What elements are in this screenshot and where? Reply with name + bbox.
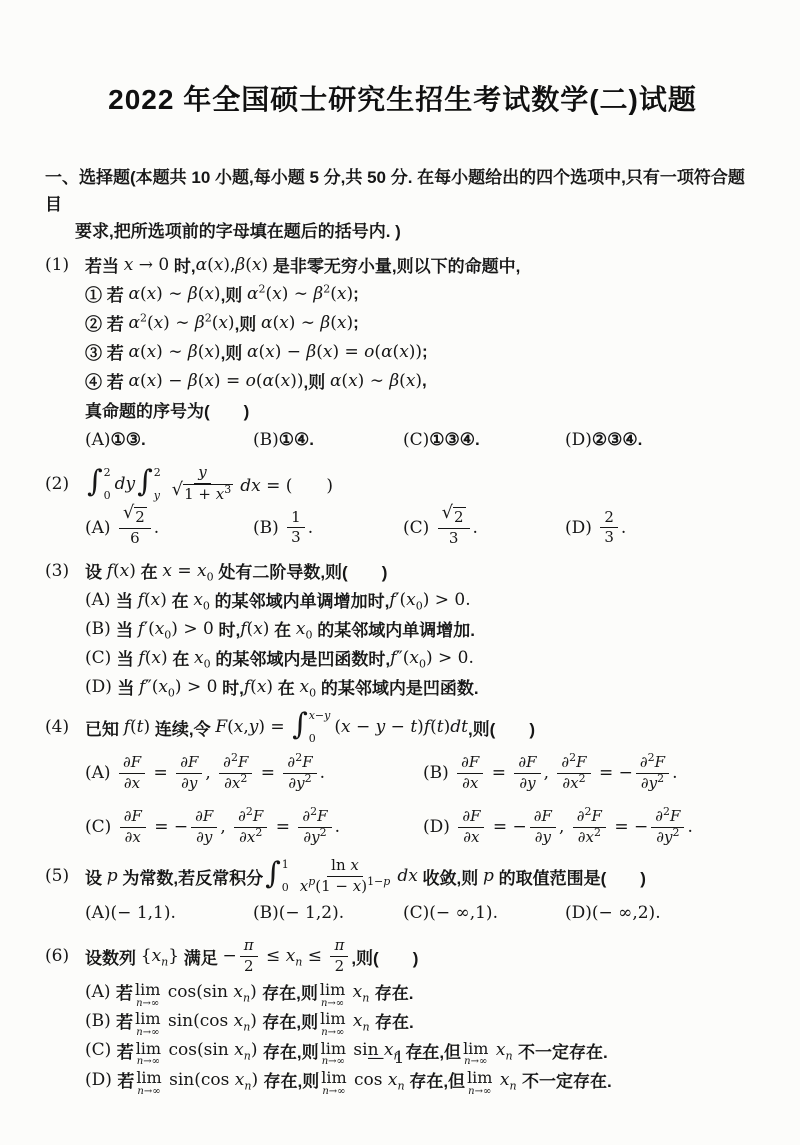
page-number: — 1 —: [0, 1048, 800, 1068]
fraction: 13: [287, 508, 305, 548]
option-item: (A) √26.: [85, 507, 253, 548]
question-number: (6): [45, 946, 85, 966]
questions-container: (1)若当 x → 0 时,α(x),β(x) 是非零无穷小量,则以下的命题中,…: [45, 251, 760, 1093]
question-stem: (6)设数列 {xn} 满足 −π2 ≤ xn ≤ π2,则( ): [45, 936, 760, 976]
question-line: ① 若 α(x) ∼ β(x),则 α2(x) ∼ β2(x);: [45, 280, 760, 307]
question-line: 真命题的序号为( ): [45, 396, 760, 423]
fraction: ∂2F∂x2: [557, 753, 590, 793]
options-row: (A) ∂F∂x = ∂F∂y, ∂2F∂x2 = ∂2F∂y2.(B) ∂F∂…: [45, 753, 760, 847]
section-header-line2: 要求,把所选项前的字母填在题后的括号内. ): [45, 218, 760, 245]
question-stem: (1)若当 x → 0 时,α(x),β(x) 是非零无穷小量,则以下的命题中,: [45, 251, 760, 278]
fraction: ∂2F∂x2: [234, 807, 267, 847]
question-stem: (5)设 p 为常数,若反常积分∫10ln xxp(1 − x)1−pdx 收敛…: [45, 856, 760, 896]
option-item: (A)①③.: [85, 430, 253, 450]
fraction: ∂F∂x: [120, 807, 146, 847]
fraction: π2: [330, 936, 348, 976]
question-3: (3)设 f(x) 在 x = x0 处有二阶导数,则( )(A) 当 f(x)…: [45, 557, 760, 700]
fraction: ∂F∂x: [457, 753, 483, 793]
limit-operator: limn→∞: [320, 982, 345, 1009]
exam-page: 2022 年全国硕士研究生招生考试数学(二)试题 一、选择题(本题共 10 小题…: [0, 0, 800, 1093]
fraction: ∂2F∂y2: [636, 753, 669, 793]
fraction: ∂2F∂y2: [298, 807, 331, 847]
option-item: (C)(− ∞,1).: [403, 903, 565, 923]
option-item: (C) ∂F∂x = −∂F∂y, ∂2F∂x2 = ∂2F∂y2.: [85, 807, 423, 847]
question-number: (1): [45, 255, 85, 275]
option-item: (B) 13.: [253, 508, 403, 548]
question-stem: (2)∫20dy∫2yy√1 + x3dx = ( ): [45, 463, 760, 504]
fraction: ln xxp(1 − x)1−p: [296, 856, 395, 896]
fraction: ∂F∂y: [530, 807, 556, 847]
limit-operator: limn→∞: [135, 982, 160, 1009]
square-root: √2: [442, 507, 466, 528]
limit-operator: limn→∞: [135, 1011, 160, 1038]
fraction: π2: [240, 936, 258, 976]
option-item: (B)(− 1,2).: [253, 903, 403, 923]
options-row: (A)(− 1,1).(B)(− 1,2).(C)(− ∞,1).(D)(− ∞…: [45, 899, 760, 927]
question-line: (C) 当 f(x) 在 x0 的某邻域内是凹函数时,f″(x0) > 0.: [45, 644, 760, 671]
question-line: ② 若 α2(x) ∼ β2(x),则 α(x) ∼ β(x);: [45, 309, 760, 336]
option-item: (C) √23.: [403, 507, 565, 548]
section-header: 一、选择题(本题共 10 小题,每小题 5 分,共 50 分. 在每小题给出的四…: [45, 164, 760, 245]
section-header-line1: 一、选择题(本题共 10 小题,每小题 5 分,共 50 分. 在每小题给出的四…: [45, 164, 760, 218]
fraction: y√1 + x3: [168, 463, 237, 504]
limit-operator: limn→∞: [467, 1070, 492, 1097]
option-item: (D) 23.: [565, 508, 760, 548]
fraction: ∂F∂y: [514, 753, 540, 793]
fraction: ∂2F∂x2: [219, 753, 252, 793]
option-item: (D)(− ∞,2).: [565, 903, 760, 923]
option-item: (A) ∂F∂x = ∂F∂y, ∂2F∂x2 = ∂2F∂y2.: [85, 753, 423, 793]
square-root: √1 + x3: [172, 484, 233, 505]
question-5: (5)设 p 为常数,若反常积分∫10ln xxp(1 − x)1−pdx 收敛…: [45, 856, 760, 927]
integral-sign: ∫10: [265, 858, 291, 894]
fraction: √26: [119, 507, 151, 548]
fraction: ∂F∂x: [119, 753, 145, 793]
integral-sign: ∫20: [87, 466, 113, 502]
limit-operator: limn→∞: [321, 1070, 346, 1097]
fraction: ∂2F∂y2: [283, 753, 316, 793]
fraction: √23: [438, 507, 470, 548]
question-line: (A) 若limn→∞ cos(sin xn) 存在,则limn→∞ xn 存在…: [45, 978, 760, 1005]
options-row: (A)①③.(B)①④.(C)①③④.(D)②③④.: [45, 426, 760, 454]
question-4: (4)已知 f(t) 连续,令 F(x,y) = ∫x−y0(x − y − t…: [45, 709, 760, 847]
option-item: (A)(− 1,1).: [85, 903, 253, 923]
option-item: (D) ∂F∂x = −∂F∂y, ∂2F∂x2 = −∂2F∂y2.: [423, 807, 760, 847]
page-title: 2022 年全国硕士研究生招生考试数学(二)试题: [45, 0, 760, 118]
integral-sign: ∫2y: [137, 466, 163, 502]
option-item: (B)①④.: [253, 430, 403, 450]
question-6: (6)设数列 {xn} 满足 −π2 ≤ xn ≤ π2,则( )(A) 若li…: [45, 936, 760, 1093]
limit-operator: limn→∞: [136, 1070, 161, 1097]
square-root: √2: [123, 507, 147, 528]
fraction: ∂F∂y: [176, 753, 202, 793]
question-line: ③ 若 α(x) ∼ β(x),则 α(x) − β(x) = o(α(x));: [45, 338, 760, 365]
question-stem: (3)设 f(x) 在 x = x0 处有二阶导数,则( ): [45, 557, 760, 584]
option-item: (C)①③④.: [403, 430, 565, 450]
question-line: ④ 若 α(x) − β(x) = o(α(x)),则 α(x) ∼ β(x),: [45, 367, 760, 394]
option-item: (D)②③④.: [565, 430, 760, 450]
question-2: (2)∫20dy∫2yy√1 + x3dx = ( )(A) √26.(B) 1…: [45, 463, 760, 548]
limit-operator: limn→∞: [320, 1011, 345, 1038]
fraction: ∂2F∂x2: [573, 807, 606, 847]
options-row: (A) √26.(B) 13.(C) √23.(D) 23.: [45, 507, 760, 548]
question-number: (3): [45, 561, 85, 581]
question-number: (2): [45, 474, 85, 494]
question-number: (4): [45, 717, 85, 737]
fraction: 23: [600, 508, 618, 548]
question-line: (A) 当 f(x) 在 x0 的某邻域内单调增加时,f′(x0) > 0.: [45, 586, 760, 613]
question-line: (D) 若limn→∞ sin(cos xn) 存在,则limn→∞ cos x…: [45, 1066, 760, 1093]
fraction: ∂2F∂y2: [651, 807, 684, 847]
question-stem: (4)已知 f(t) 连续,令 F(x,y) = ∫x−y0(x − y − t…: [45, 709, 760, 745]
question-1: (1)若当 x → 0 时,α(x),β(x) 是非零无穷小量,则以下的命题中,…: [45, 251, 760, 454]
question-line: (B) 当 f′(x0) > 0 时,f(x) 在 x0 的某邻域内单调增加.: [45, 615, 760, 642]
question-line: (D) 当 f″(x0) > 0 时,f(x) 在 x0 的某邻域内是凹函数.: [45, 673, 760, 700]
fraction: ∂F∂y: [191, 807, 217, 847]
integral-sign: ∫x−y0: [292, 709, 332, 745]
fraction: ∂F∂x: [458, 807, 484, 847]
option-item: (B) ∂F∂x = ∂F∂y, ∂2F∂x2 = −∂2F∂y2.: [423, 753, 760, 793]
question-line: (B) 若limn→∞ sin(cos xn) 存在,则limn→∞ xn 存在…: [45, 1007, 760, 1034]
question-number: (5): [45, 866, 85, 886]
